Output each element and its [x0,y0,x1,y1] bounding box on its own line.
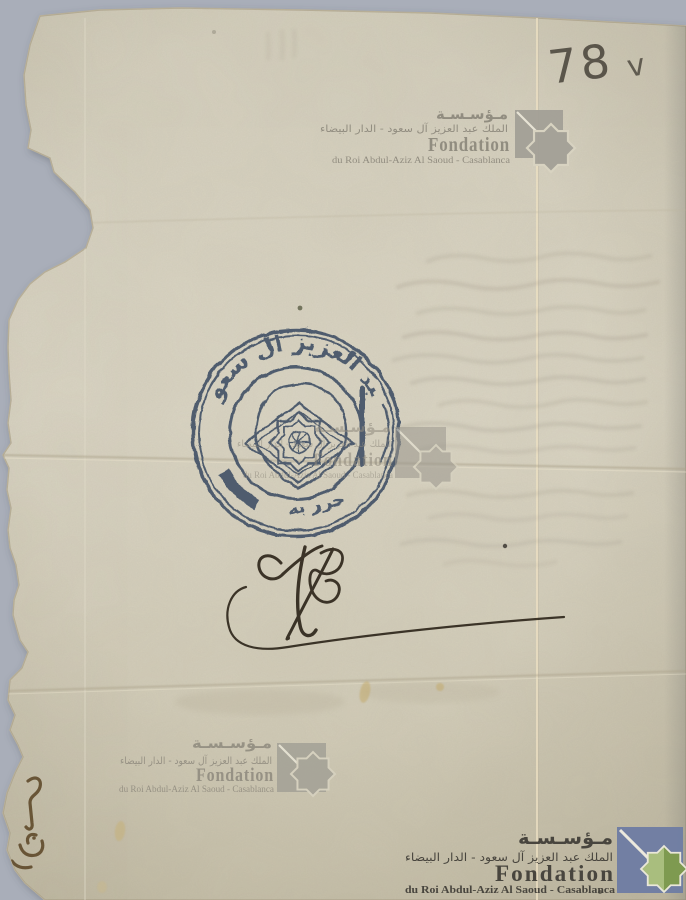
watermark-arabic-title: مـؤسـسـة [314,418,391,436]
page-edge-shading [664,20,686,900]
watermark-latin-title: Fondation [428,134,510,156]
watermark-arabic-subtitle: الملك عبد العزيز آل سعود - الدار البيضاء [237,437,391,450]
watermark-latin-subtitle: du Roi Abdul-Aziz Al Saoud - Casablanca [332,156,511,166]
watermark-arabic-title: مـؤسـسـة [192,734,272,752]
scanned-document-page: عبد العزيز آل سعود حرر به [0,0,686,900]
watermark-latin-title: Fondation [196,765,274,786]
folio-number: 78 [545,33,616,94]
watermark-latin-subtitle: du Roi Abdul-Aziz Al Saoud - Casablanca [405,885,616,896]
watermark-latin-title: Fondation [495,861,615,886]
vertical-fold-left [85,18,86,900]
watermark-arabic-title: مـؤسـسـة [436,105,508,123]
watermark-latin-subtitle: du Roi Abdul-Aziz Al Saoud - Casablanca [119,784,274,794]
watermark-latin-subtitle: du Roi Abdul-Aziz Al Saoud - Casablanca [243,470,393,480]
watermark-arabic-title: مـؤسـسـة [518,827,613,849]
foundation-logo-icon [617,827,686,893]
watermark-latin-title: Fondation [313,450,393,471]
